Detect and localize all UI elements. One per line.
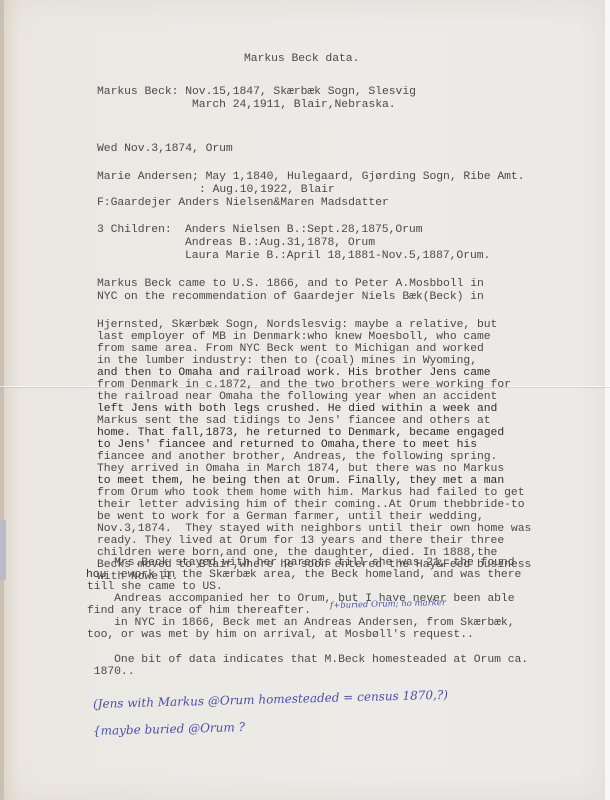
margin-correction: hou <box>86 569 106 581</box>
child-item: Andreas B.:Aug.31,1878, Orum <box>185 237 375 249</box>
text-line: till she came to US. <box>87 581 223 593</box>
text-line: to Jens' fiancee and returned to Omaha,t… <box>97 439 477 451</box>
text-line: One bit of data indicates that M.Beck ho… <box>87 654 528 666</box>
paper-tear <box>0 520 6 580</box>
scan-border <box>605 0 610 800</box>
text-line: Mrs.Beck stayed with her parents till sh… <box>87 557 515 569</box>
text-line: 1870.. <box>87 666 135 678</box>
spouse-death-line: : Aug.10,1922, Blair <box>199 184 335 196</box>
text-line: home. That fall,1873, he returned to Den… <box>97 427 504 439</box>
birth-line: Markus Beck: Nov.15,1847, Skærbæk Sogn, … <box>97 86 416 98</box>
spouse-parents: F:Gaardejer Anders Nielsen&Maren Madsdat… <box>97 197 389 209</box>
text-line: They arrived in Omaha in March 1874, but… <box>97 463 504 475</box>
text-line: from Denmark in c.1872, and the two brot… <box>97 379 511 391</box>
text-line: last employer of MB in Denmark:who knew … <box>97 331 491 343</box>
text-line: left Jens with both legs crushed. He die… <box>97 403 497 415</box>
child-item: Laura Marie B.:April 18,1881-Nov.5,1887,… <box>185 250 490 262</box>
children-label: 3 Children: <box>97 224 172 236</box>
spouse-line: Marie Andersen; May 1,1840, Hulegaard, G… <box>97 171 525 183</box>
child-item: Anders Nielsen B.:Sept.28,1875,Orum <box>185 224 423 236</box>
text-line: ework in the Skærbæk area, the Beck home… <box>87 569 521 581</box>
death-line: March 24,1911, Blair,Nebraska. <box>192 99 396 111</box>
text-line: in the lumber industry: then to (coal) m… <box>97 355 477 367</box>
text-line: in NYC in 1866, Beck met an Andreas Ande… <box>87 617 515 629</box>
text-line: too, or was met by him on arrival, at Mo… <box>87 629 474 641</box>
document-title: Markus Beck data. <box>244 53 359 65</box>
text-line: fiancee and another brother, Andreas, th… <box>97 451 497 463</box>
text-line: ready. They lived at Orum for 13 years a… <box>97 535 504 547</box>
text-line: find any trace of him thereafter. <box>87 605 311 617</box>
paper-left-edge <box>0 0 4 800</box>
text-line: Markus sent the sad tidings to Jens' fia… <box>97 415 491 427</box>
text-line: NYC on the recommendation of Gaardejer N… <box>97 291 484 303</box>
text-line: from Orum who took them home with him. M… <box>97 487 525 499</box>
text-line: be went to work for a German farmer, unt… <box>97 511 484 523</box>
text-line: and then to Omaha and railroad work. His… <box>97 367 491 379</box>
wedding-line: Wed Nov.3,1874, Orum <box>97 143 233 155</box>
text-line: Hjernsted, Skærbæk Sogn, Nordslesvig: ma… <box>97 319 497 331</box>
text-line: to meet them, he being then at Orum. Fin… <box>97 475 504 487</box>
text-line: Andreas accompanied her to Orum, but I h… <box>87 593 515 605</box>
text-line: from same area. From NYC Beck went to Mi… <box>97 343 484 355</box>
text-line: the railroad near Omaha the following ye… <box>97 391 497 403</box>
text-line: Markus Beck came to U.S. 1866, and to Pe… <box>97 278 484 290</box>
text-line: Nov.3,1874. They stayed with neighbors u… <box>97 523 531 535</box>
text-line: their letter advising him of their comin… <box>97 499 525 511</box>
